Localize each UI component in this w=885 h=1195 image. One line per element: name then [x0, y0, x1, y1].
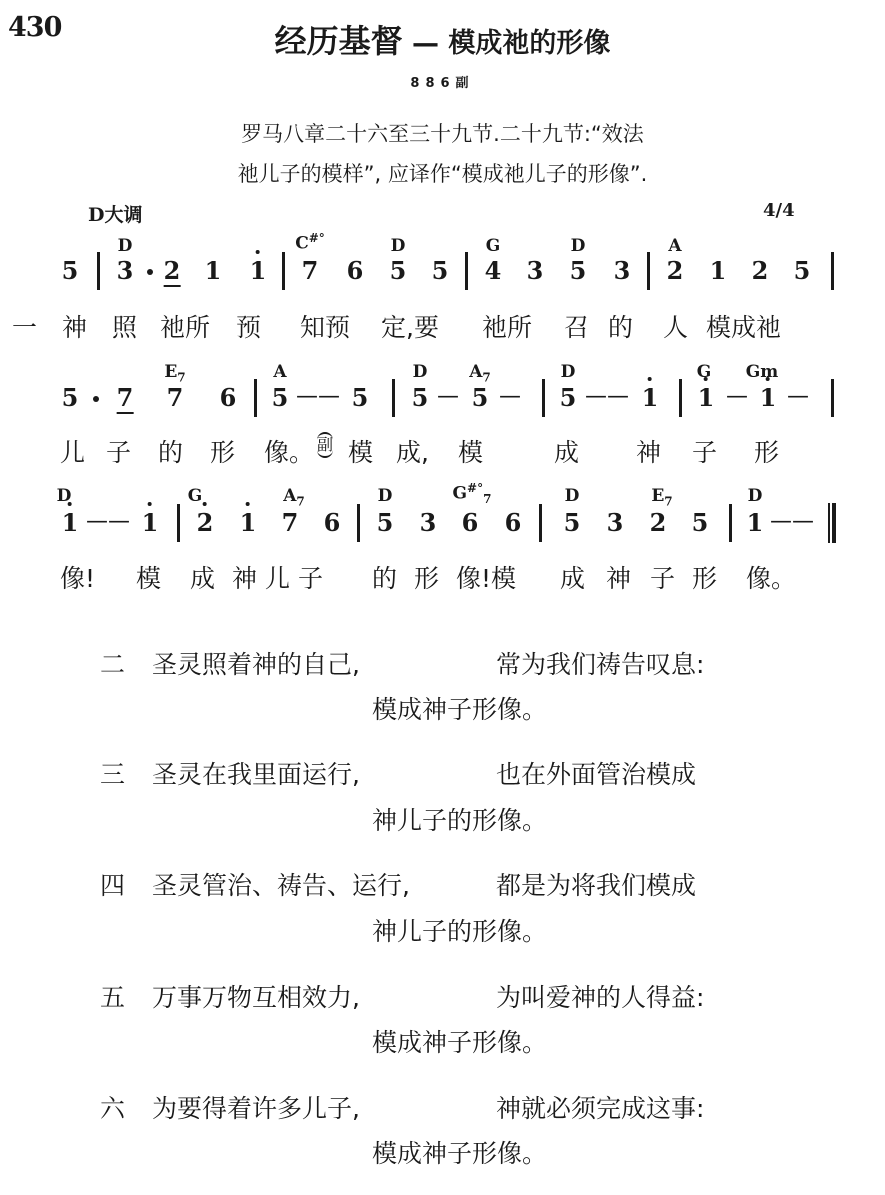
note-high: 2: [197, 511, 214, 535]
high-octave-dot: [256, 250, 260, 254]
note: 1: [747, 511, 764, 535]
high-octave-dot: [148, 502, 152, 506]
lyric-syllable: 召: [564, 315, 589, 340]
lyric-syllable: 模: [458, 440, 483, 465]
verse-number: 二: [100, 652, 125, 677]
note: 4: [485, 259, 502, 283]
verse-line-a: 圣灵照着神的自己,: [152, 652, 360, 677]
hold-dash: ——: [296, 386, 340, 408]
verse-line-b: 为叫爱神的人得益:: [496, 985, 704, 1010]
bar-line: [539, 504, 542, 542]
verse-line-c: 神儿子的形像。: [372, 919, 547, 944]
hold-dash: —: [726, 386, 748, 408]
verse-line-b: 都是为将我们模成: [496, 873, 696, 898]
note: 5: [352, 386, 369, 410]
lyric-syllable: 像!: [60, 566, 95, 591]
lyric-syllable: 神: [636, 440, 661, 465]
verse-number: 五: [100, 985, 125, 1010]
lyric-syllable: 子: [106, 440, 131, 465]
verse-line-a: 圣灵管治、祷告、运行,: [152, 873, 410, 898]
chord: Gm: [746, 364, 779, 381]
chord: D: [378, 488, 393, 505]
note: 6: [347, 259, 364, 283]
augmentation-dot: [93, 396, 99, 402]
note: 3: [607, 511, 624, 535]
lyric-syllable: 模成祂: [706, 315, 781, 340]
lyric-syllable: 像!模: [456, 566, 516, 591]
note: 5: [412, 386, 429, 410]
lyric-syllable: 成: [560, 566, 585, 591]
lyric-syllable: 形: [692, 566, 717, 591]
hold-dash: ——: [585, 386, 629, 408]
hold-dash: —: [787, 386, 809, 408]
note: 3: [420, 511, 437, 535]
verse-number: 三: [100, 762, 125, 787]
verse-line-c: 模成神子形像。: [372, 1030, 547, 1055]
tune-meter: 886副: [0, 72, 885, 91]
high-octave-dot: [704, 377, 708, 381]
note: 7: [167, 386, 184, 410]
verse-number: 四: [100, 873, 125, 898]
high-octave-dot: [766, 377, 770, 381]
note: 5: [570, 259, 587, 283]
refrain-mark: 副: [317, 432, 333, 458]
chord: D: [561, 364, 576, 381]
verse-line-a: 为要得着许多儿子,: [152, 1096, 360, 1121]
note: 2: [650, 511, 667, 535]
lyric-syllable: 知预: [300, 315, 350, 340]
note: 5: [564, 511, 581, 535]
scripture-reference-line1: 罗马八章二十六至三十九节.二十九节:“效法: [0, 118, 885, 148]
note: 2: [667, 259, 684, 283]
lyric-syllable: 神: [606, 566, 631, 591]
chord: G: [188, 488, 203, 505]
chord: A: [273, 364, 286, 381]
note: 6: [220, 386, 237, 410]
note: 3: [614, 259, 631, 283]
title-dash: —: [403, 28, 449, 59]
lyric-syllable: 神: [62, 315, 87, 340]
bar-line: [542, 379, 545, 417]
lyric-syllable: 像。: [264, 440, 314, 465]
note: 7: [302, 259, 319, 283]
lyric-syllable: 形: [210, 440, 235, 465]
time-signature: 4/4: [763, 200, 795, 221]
lyric-syllable: 模: [348, 440, 373, 465]
note: 1: [205, 259, 222, 283]
note: 6: [324, 511, 341, 535]
title-category: 经历基督: [275, 22, 403, 60]
verse-line-b: 神就必须完成这事:: [496, 1096, 704, 1121]
chord: A7: [469, 364, 491, 383]
hymn-title: 经历基督 — 模成祂的形像: [0, 16, 885, 62]
note-eighth: 2: [164, 259, 181, 287]
lyric-syllable: 成: [554, 440, 579, 465]
lyric-syllable: 预: [236, 315, 261, 340]
lyric-syllable: 祂所: [482, 315, 532, 340]
bar-line: [831, 379, 834, 417]
chord: C#°: [295, 232, 325, 253]
lyric-syllable: 成,: [396, 440, 429, 465]
note: 5: [560, 386, 577, 410]
lyric-syllable: 的: [372, 566, 397, 591]
bar-line: [392, 379, 395, 417]
hold-dash: ——: [86, 511, 130, 533]
chord: D: [391, 238, 406, 255]
final-bar-line: [828, 503, 836, 543]
chord: D: [413, 364, 428, 381]
note: 5: [62, 259, 79, 283]
high-octave-dot: [203, 502, 207, 506]
bar-line: [465, 252, 468, 290]
chord: D: [118, 238, 133, 255]
chord: G#°7: [453, 482, 492, 505]
note: 3: [527, 259, 544, 283]
note: 5: [692, 511, 709, 535]
note: 5: [62, 386, 79, 410]
verse-line-a: 万事万物互相效力,: [152, 985, 360, 1010]
note-high: 1: [250, 259, 267, 283]
lyric-syllable: 照: [112, 315, 137, 340]
chord: E7: [651, 488, 672, 507]
chord: A7: [283, 488, 305, 507]
verse-line-a: 圣灵在我里面运行,: [152, 762, 360, 787]
note: 5: [377, 511, 394, 535]
verse-line-c: 神儿子的形像。: [372, 808, 547, 833]
note-high: 1: [760, 386, 777, 410]
lyric-syllable: 的: [608, 315, 633, 340]
high-octave-dot: [648, 377, 652, 381]
verse-line-c: 模成神子形像。: [372, 1141, 547, 1166]
hold-dash: —: [437, 386, 459, 408]
bar-line: [254, 379, 257, 417]
title-subject: 模成祂的形像: [448, 28, 610, 59]
bar-line: [282, 252, 285, 290]
lyric-syllable: 神儿子: [232, 566, 331, 591]
note: 2: [752, 259, 769, 283]
note: 5: [472, 386, 489, 410]
note: 5: [390, 259, 407, 283]
note-high: 1: [642, 386, 659, 410]
bar-line: [831, 252, 834, 290]
lyric-syllable: 像。: [746, 566, 796, 591]
chord: D: [748, 488, 763, 505]
lyric-syllable: 定,要: [381, 315, 439, 340]
note: 1: [710, 259, 727, 283]
note: 5: [432, 259, 449, 283]
lyric-syllable: 人: [663, 315, 688, 340]
chord: E7: [164, 364, 185, 383]
bar-line: [357, 504, 360, 542]
lyric-syllable: 成: [190, 566, 215, 591]
hold-dash: ——: [770, 511, 814, 533]
note: 6: [505, 511, 522, 535]
note: 5: [794, 259, 811, 283]
lyric-syllable: 模: [136, 566, 161, 591]
chord: D: [571, 238, 586, 255]
verse-line-c: 模成神子形像。: [372, 697, 547, 722]
bar-line: [97, 252, 100, 290]
key-signature: D大调: [88, 200, 142, 227]
note: 5: [272, 386, 289, 410]
note: 6: [462, 511, 479, 535]
bar-line: [729, 504, 732, 542]
note-high: 1: [62, 511, 79, 535]
note: 3: [117, 259, 134, 283]
verse-number: 一: [12, 315, 37, 340]
lyric-syllable: 子: [692, 440, 717, 465]
hold-dash: —: [499, 386, 521, 408]
high-octave-dot: [68, 502, 72, 506]
note: 7: [282, 511, 299, 535]
chord: A: [668, 238, 681, 255]
verse-number: 六: [100, 1096, 125, 1121]
lyric-syllable: 形: [754, 440, 779, 465]
note-high: 1: [142, 511, 159, 535]
chord: G: [486, 238, 501, 255]
chord: D: [565, 488, 580, 505]
lyric-syllable: 形: [414, 566, 439, 591]
note-high: 1: [240, 511, 257, 535]
note-high: 1: [698, 386, 715, 410]
lyric-syllable: 儿: [60, 440, 85, 465]
verse-line-b: 常为我们祷告叹息:: [496, 652, 704, 677]
lyric-syllable: 子: [650, 566, 675, 591]
lyric-syllable: 祂所: [160, 315, 210, 340]
bar-line: [679, 379, 682, 417]
note-eighth: 7: [117, 386, 134, 414]
high-octave-dot: [246, 502, 250, 506]
verse-line-b: 也在外面管治模成: [496, 762, 696, 787]
lyric-syllable: 的: [158, 440, 183, 465]
scripture-reference-line2: 祂儿子的模样”, 应译作“模成祂儿子的形像”.: [0, 158, 885, 188]
bar-line: [177, 504, 180, 542]
bar-line: [647, 252, 650, 290]
augmentation-dot: [147, 269, 153, 275]
